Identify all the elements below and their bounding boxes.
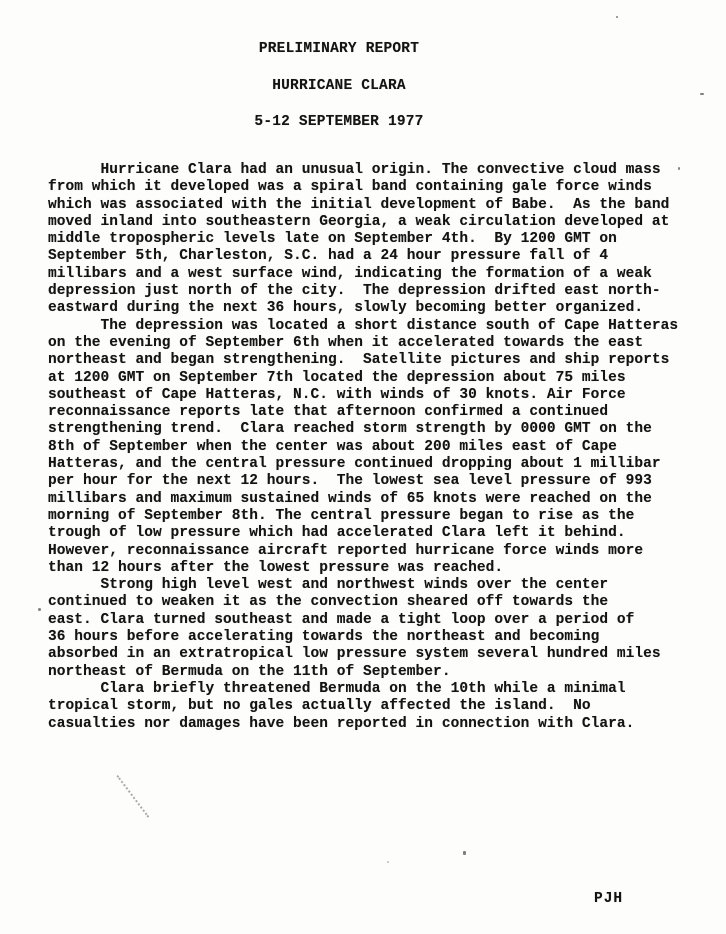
paragraph-weakening: Strong high level west and northwest win… xyxy=(48,577,678,681)
scan-speck xyxy=(463,851,466,855)
report-body: Hurricane Clara had an unusual origin. T… xyxy=(48,162,678,733)
paragraph-strengthening: The depression was located a short dista… xyxy=(48,318,678,577)
paragraph-bermuda: Clara briefly threatened Bermuda on the … xyxy=(48,681,678,733)
report-subtitle: HURRICANE CLARA xyxy=(0,78,678,95)
report-title: PRELIMINARY REPORT xyxy=(0,41,678,58)
scan-speck xyxy=(616,16,618,18)
scan-speck xyxy=(700,93,704,95)
scan-speck xyxy=(678,167,680,170)
scan-speck xyxy=(38,608,41,611)
scan-speck xyxy=(387,861,389,863)
paragraph-origin: Hurricane Clara had an unusual origin. T… xyxy=(48,162,678,318)
pencil-mark xyxy=(116,775,149,818)
signature-initials: PJH xyxy=(594,891,623,908)
document-page: PRELIMINARY REPORT HURRICANE CLARA 5-12 … xyxy=(0,0,726,934)
report-date: 5-12 SEPTEMBER 1977 xyxy=(0,114,678,131)
